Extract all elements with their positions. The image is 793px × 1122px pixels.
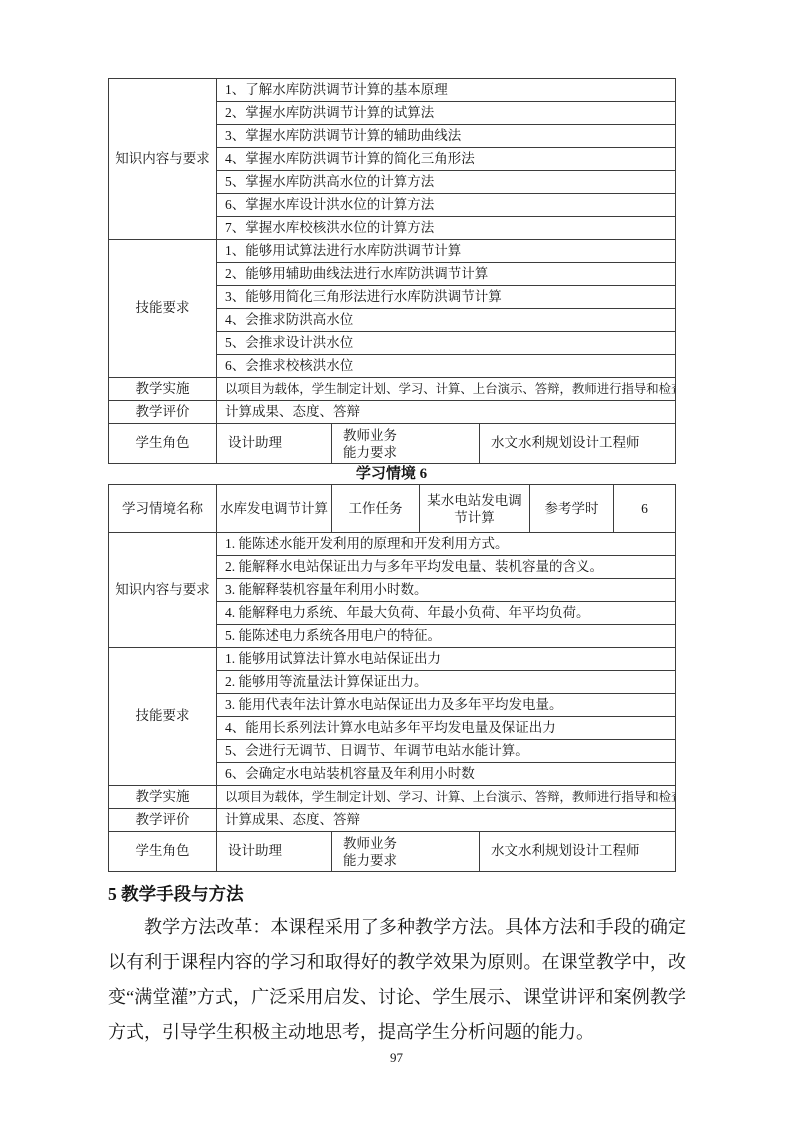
work-task-label: 工作任务 bbox=[332, 485, 420, 533]
knowledge-item: 2. 能解释水电站保证出力与多年平均发电量、装机容量的含义。 bbox=[217, 556, 676, 579]
section5-paragraph: 教学方法改革：本课程采用了多种教学方法。具体方法和手段的确定以有利于课程内容的学… bbox=[108, 910, 686, 1050]
role-engineer: 水文水利规划设计工程师 bbox=[480, 424, 676, 464]
knowledge-items: 1、了解水库防洪调节计算的基本原理 2、掌握水库防洪调节计算的试算法 3、掌握水… bbox=[217, 79, 676, 240]
skill-item: 6、会确定水电站装机容量及年利用小时数 bbox=[217, 763, 676, 786]
implementation-value: 以项目为载体，学生制定计划、学习、计算、上台演示、答辩，教师进行指导和检查 bbox=[217, 378, 676, 401]
knowledge-item: 1、了解水库防洪调节计算的基本原理 bbox=[217, 79, 676, 102]
row-label-knowledge: 知识内容与要求 bbox=[109, 533, 217, 648]
skill-item: 4、会推求防洪高水位 bbox=[217, 309, 676, 332]
role-teacher-line2: 能力要求 bbox=[343, 444, 397, 461]
role-assistant: 设计助理 bbox=[217, 832, 332, 872]
document-content: 知识内容与要求 1、了解水库防洪调节计算的基本原理 2、掌握水库防洪调节计算的试… bbox=[108, 78, 675, 1050]
student-role-row: 学生角色 设计助理 教师业务 能力要求 水文水利规划设计工程师 bbox=[109, 424, 676, 464]
role-teacher-line1: 教师业务 bbox=[343, 835, 397, 852]
reference-hours-value: 6 bbox=[614, 485, 676, 533]
skill-item: 5、会推求设计洪水位 bbox=[217, 332, 676, 355]
role-teacher-requirement: 教师业务 能力要求 bbox=[332, 832, 480, 872]
skills-items: 1. 能够用试算法计算水电站保证出力 2. 能够用等流量法计算保证出力。 3. … bbox=[217, 648, 676, 786]
knowledge-item: 5. 能陈述电力系统各用电户的特征。 bbox=[217, 625, 676, 648]
section5-heading: 5 教学手段与方法 bbox=[108, 882, 675, 906]
knowledge-row: 知识内容与要求 1. 能陈述水能开发利用的原理和开发利用方式。 2. 能解释水电… bbox=[109, 533, 676, 648]
situation6-table: 学习情境名称 水库发电调节计算 工作任务 某水电站发电调节计算 参考学时 6 知… bbox=[108, 484, 676, 872]
skill-item: 2、能够用辅助曲线法进行水库防洪调节计算 bbox=[217, 263, 676, 286]
situation-name-label: 学习情境名称 bbox=[109, 485, 217, 533]
document-page: 知识内容与要求 1、了解水库防洪调节计算的基本原理 2、掌握水库防洪调节计算的试… bbox=[0, 0, 793, 1122]
skills-row: 技能要求 1. 能够用试算法计算水电站保证出力 2. 能够用等流量法计算保证出力… bbox=[109, 648, 676, 786]
role-teacher-requirement: 教师业务 能力要求 bbox=[332, 424, 480, 464]
skill-item: 6、会推求校核洪水位 bbox=[217, 355, 676, 378]
knowledge-item: 3. 能解释装机容量年利用小时数。 bbox=[217, 579, 676, 602]
evaluation-value: 计算成果、态度、答辩 bbox=[217, 809, 676, 832]
knowledge-item: 2、掌握水库防洪调节计算的试算法 bbox=[217, 102, 676, 125]
knowledge-items: 1. 能陈述水能开发利用的原理和开发利用方式。 2. 能解释水电站保证出力与多年… bbox=[217, 533, 676, 648]
page-number: 97 bbox=[0, 1050, 793, 1066]
skill-item: 3. 能用代表年法计算水电站保证出力及多年平均发电量。 bbox=[217, 694, 676, 717]
teaching-implementation-row: 教学实施 以项目为载体，学生制定计划、学习、计算、上台演示、答辩，教师进行指导和… bbox=[109, 786, 676, 809]
knowledge-row: 知识内容与要求 1、了解水库防洪调节计算的基本原理 2、掌握水库防洪调节计算的试… bbox=[109, 79, 676, 240]
reference-hours-label: 参考学时 bbox=[530, 485, 614, 533]
knowledge-item: 5、掌握水库防洪高水位的计算方法 bbox=[217, 171, 676, 194]
teaching-evaluation-row: 教学评价 计算成果、态度、答辩 bbox=[109, 809, 676, 832]
row-label-skills: 技能要求 bbox=[109, 648, 217, 786]
row-label-student-role: 学生角色 bbox=[109, 832, 217, 872]
work-task-value: 某水电站发电调节计算 bbox=[420, 485, 530, 533]
knowledge-item: 7、掌握水库校核洪水位的计算方法 bbox=[217, 217, 676, 240]
skill-item: 1. 能够用试算法计算水电站保证出力 bbox=[217, 648, 676, 671]
row-label-implementation: 教学实施 bbox=[109, 378, 217, 401]
skill-item: 5、会进行无调节、日调节、年调节电站水能计算。 bbox=[217, 740, 676, 763]
evaluation-value: 计算成果、态度、答辩 bbox=[217, 401, 676, 424]
role-teacher-line1: 教师业务 bbox=[343, 427, 397, 444]
knowledge-item: 6、掌握水库设计洪水位的计算方法 bbox=[217, 194, 676, 217]
role-engineer: 水文水利规划设计工程师 bbox=[480, 832, 676, 872]
teaching-implementation-row: 教学实施 以项目为载体，学生制定计划、学习、计算、上台演示、答辩，教师进行指导和… bbox=[109, 378, 676, 401]
skills-items: 1、能够用试算法进行水库防洪调节计算 2、能够用辅助曲线法进行水库防洪调节计算 … bbox=[217, 240, 676, 378]
row-label-student-role: 学生角色 bbox=[109, 424, 217, 464]
skill-item: 4、能用长系列法计算水电站多年平均发电量及保证出力 bbox=[217, 717, 676, 740]
implementation-value: 以项目为载体，学生制定计划、学习、计算、上台演示、答辩，教师进行指导和检查 bbox=[217, 786, 676, 809]
situation6-header-row: 学习情境名称 水库发电调节计算 工作任务 某水电站发电调节计算 参考学时 6 bbox=[109, 485, 676, 533]
situation6-heading: 学习情境 6 bbox=[108, 464, 675, 484]
knowledge-item: 4、掌握水库防洪调节计算的简化三角形法 bbox=[217, 148, 676, 171]
role-assistant: 设计助理 bbox=[217, 424, 332, 464]
teaching-evaluation-row: 教学评价 计算成果、态度、答辩 bbox=[109, 401, 676, 424]
row-label-knowledge: 知识内容与要求 bbox=[109, 79, 217, 240]
student-role-row: 学生角色 设计助理 教师业务 能力要求 水文水利规划设计工程师 bbox=[109, 832, 676, 872]
row-label-evaluation: 教学评价 bbox=[109, 401, 217, 424]
knowledge-item: 1. 能陈述水能开发利用的原理和开发利用方式。 bbox=[217, 533, 676, 556]
row-label-skills: 技能要求 bbox=[109, 240, 217, 378]
row-label-implementation: 教学实施 bbox=[109, 786, 217, 809]
situation-name-value: 水库发电调节计算 bbox=[217, 485, 332, 533]
skills-row: 技能要求 1、能够用试算法进行水库防洪调节计算 2、能够用辅助曲线法进行水库防洪… bbox=[109, 240, 676, 378]
skill-item: 2. 能够用等流量法计算保证出力。 bbox=[217, 671, 676, 694]
situation5-table-continued: 知识内容与要求 1、了解水库防洪调节计算的基本原理 2、掌握水库防洪调节计算的试… bbox=[108, 78, 676, 464]
role-teacher-line2: 能力要求 bbox=[343, 852, 397, 869]
row-label-evaluation: 教学评价 bbox=[109, 809, 217, 832]
knowledge-item: 4. 能解释电力系统、年最大负荷、年最小负荷、年平均负荷。 bbox=[217, 602, 676, 625]
skill-item: 3、能够用简化三角形法进行水库防洪调节计算 bbox=[217, 286, 676, 309]
skill-item: 1、能够用试算法进行水库防洪调节计算 bbox=[217, 240, 676, 263]
knowledge-item: 3、掌握水库防洪调节计算的辅助曲线法 bbox=[217, 125, 676, 148]
